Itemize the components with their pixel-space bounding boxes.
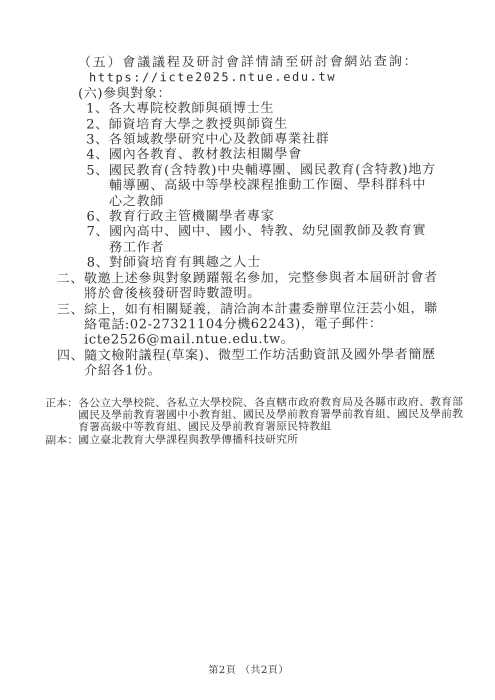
list-item: 5、 國民教育(含特教)中央輔導團、國民教育(含特教)地方輔導團、高級中等學校課… [86,162,438,209]
main-item-4-label: 四、 [57,348,84,364]
main-item-2: 二、 敬邀上述參與對象踴躍報名參加，完整參與者本屆研討會者將於會後核發研習時數證… [57,270,439,302]
list-item-text: 國內高中、國中、國小、特教、幼兒園教師及教育實務工作者 [109,224,439,256]
list-item-number: 8、 [87,256,110,271]
clause-5-label: （五） [78,55,122,71]
clause-6-label: (六) [78,86,103,101]
list-item-text: 國民教育(含特教)中央輔導團、國民教育(含特教)地方輔導團、高級中等學校課程推動… [109,162,439,209]
main-item-4-text: 隨文檢附議程(草案)、微型工作坊活動資訊及國外學者簡歷介紹各1份。 [84,347,439,379]
list-item-number: 5、 [86,163,109,178]
list-item-text: 國內各教育、教材教法相關學會 [109,147,439,164]
participant-list: 1、 各大專院校教師與碩博士生 2、 師資培育大學之教授與師資生 3、 各領域教… [86,101,439,272]
list-item: 7、 國內高中、國中、國小、特教、幼兒園教師及教育實務工作者 [87,224,439,256]
clause-6-title: 參與對象： [103,85,438,102]
list-item-text: 各領域教學研究中心及教師專業社群 [109,131,439,148]
list-item-number: 2、 [86,117,109,132]
conference-website-url: https://icte2025.ntue.edu.tw [89,70,438,87]
copy-recipients-row: 副本： 國立臺北教育大學課程與教學傳播科技研究所 [45,433,465,447]
letter-content: （五） 會議議程及研討會詳情請至研討會網站查詢： https://icte202… [56,54,439,379]
original-recipients-row: 正本： 各公立大學校院、各私立大學校院、各直轄市政府教育局及各縣市政府、教育部國… [45,396,465,434]
list-item-text: 師資培育大學之教授與師資生 [109,116,439,133]
list-item-number: 6、 [87,210,110,225]
list-item-text: 對師資培育有興趣之人士 [109,255,439,272]
clause-5: （五） 會議議程及研討會詳情請至研討會網站查詢： [78,54,438,71]
list-item-number: 3、 [86,133,109,148]
letter-sheet: （五） 會議議程及研討會詳情請至研討會網站查詢： https://icte202… [0,0,495,700]
list-item: 2、 師資培育大學之教授與師資生 [86,116,438,133]
page-number: 第2頁 （共2頁） [1,660,495,677]
copy-recipients-label: 副本： [45,434,78,446]
list-item-number: 7、 [87,225,110,240]
main-item-3-text: 綜上，如有相關疑義，請洽詢本計畫委辦單位汪芸小姐，聯絡電話:02-2732110… [84,301,439,348]
main-item-2-label: 二、 [57,271,84,287]
list-item: 1、 各大專院校教師與碩博士生 [86,101,438,118]
main-item-4: 四、 隨文檢附議程(草案)、微型工作坊活動資訊及國外學者簡歷介紹各1份。 [57,347,439,379]
original-recipients-text: 各公立大學校院、各私立大學校院、各直轄市政府教育局及各縣市政府、教育部國民及學前… [78,396,465,434]
list-item: 4、 國內各教育、教材教法相關學會 [86,147,438,164]
list-item-text: 各大專院校教師與碩博士生 [109,101,439,118]
list-item-text: 教育行政主管機關學者專家 [109,208,439,225]
main-item-3: 三、 綜上，如有相關疑義，請洽詢本計畫委辦單位汪芸小姐，聯絡電話:02-2732… [57,301,439,349]
clause-5-text: 會議議程及研討會詳情請至研討會網站查詢： [122,54,438,71]
original-recipients-label: 正本： [45,398,78,410]
list-item: 8、 對師資培育有興趣之人士 [87,255,439,272]
main-item-3-label: 三、 [57,302,84,318]
list-item-number: 4、 [86,148,109,163]
scanned-letter-page: （五） 會議議程及研討會詳情請至研討會網站查詢： https://icte202… [0,0,495,700]
clause-6: (六) 參與對象： [78,85,438,102]
main-item-2-text: 敬邀上述參與對象踴躍報名參加，完整參與者本屆研討會者將於會後核發研習時數證明。 [84,270,439,302]
list-item: 3、 各領域教學研究中心及教師專業社群 [86,131,438,148]
list-item-number: 1、 [86,102,109,117]
recipients-block: 正本： 各公立大學校院、各私立大學校院、各直轄市政府教育局及各縣市政府、教育部國… [45,396,465,446]
copy-recipients-text: 國立臺北教育大學課程與教學傳播科技研究所 [78,433,465,447]
